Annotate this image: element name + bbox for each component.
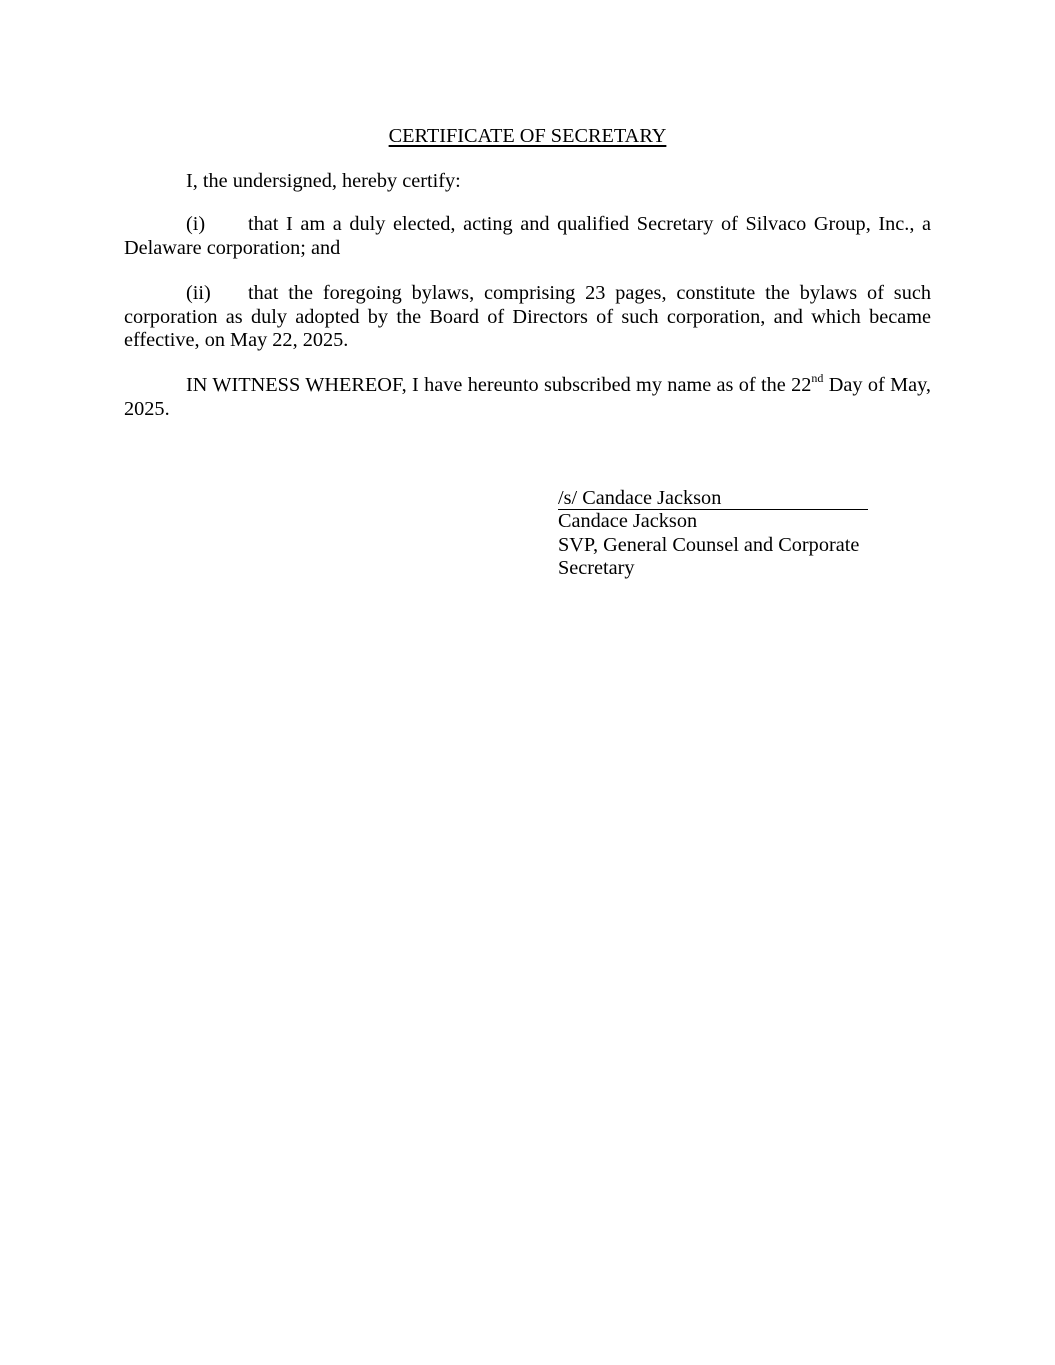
witness-text-before: IN WITNESS WHEREOF, I have hereunto subs…	[186, 374, 811, 396]
intro-paragraph: I, the undersigned, hereby certify:	[124, 170, 931, 194]
signer-title-line2: Secretary	[558, 557, 878, 581]
signature-block: /s/ Candace Jackson Candace Jackson SVP,…	[558, 487, 878, 581]
witness-superscript: nd	[811, 371, 823, 385]
signer-title-line1: SVP, General Counsel and Corporate	[558, 534, 878, 558]
clause-ii: (ii)that the foregoing bylaws, comprisin…	[124, 282, 931, 353]
clause-marker: (i)	[186, 213, 248, 237]
intro-text: I, the undersigned, hereby certify:	[186, 170, 461, 192]
witness-paragraph: IN WITNESS WHEREOF, I have hereunto subs…	[124, 374, 931, 421]
certificate-title: CERTIFICATE OF SECRETARY	[0, 124, 1055, 148]
certificate-title-text: CERTIFICATE OF SECRETARY	[389, 125, 667, 147]
signature-line: /s/ Candace Jackson	[558, 487, 868, 510]
clause-marker: (ii)	[186, 282, 248, 306]
signer-name: Candace Jackson	[558, 510, 878, 534]
clause-i: (i)that I am a duly elected, acting and …	[124, 213, 931, 260]
